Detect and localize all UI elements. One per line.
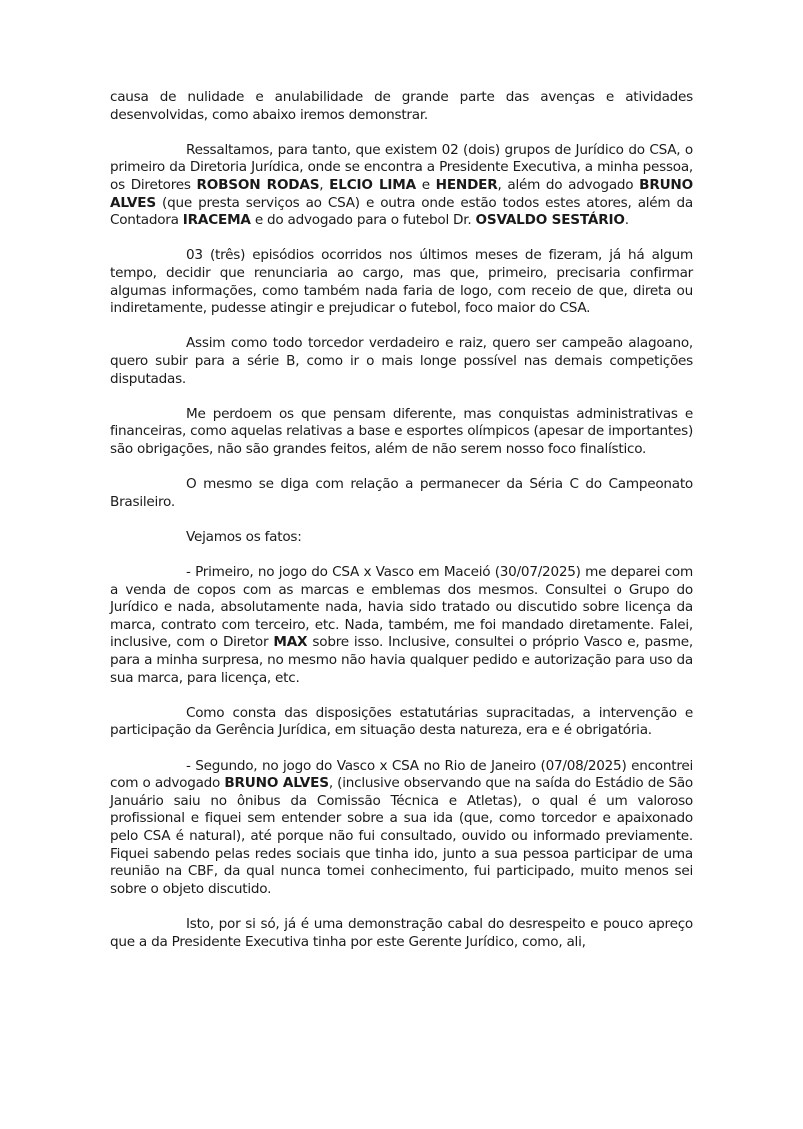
paragraph-3: 03 (três) episódios ocorridos nos último… bbox=[110, 247, 693, 317]
paragraph-9: Como consta das disposições estatutárias… bbox=[110, 705, 693, 740]
paragraph-8: - Primeiro, no jogo do CSA x Vasco em Ma… bbox=[110, 564, 693, 687]
text-run: , além do advogado bbox=[498, 177, 640, 193]
text-run: 03 (três) episódios ocorridos nos último… bbox=[110, 247, 693, 316]
text-run: Isto, por si só, já é uma demonstração c… bbox=[110, 916, 693, 950]
text-run: . bbox=[625, 212, 629, 228]
paragraph-10: - Segundo, no jogo do Vasco x CSA no Rio… bbox=[110, 758, 693, 899]
bold-name: OSVALDO SESTÁRIO bbox=[476, 212, 625, 228]
text-run: , (inclusive observando que na saída do … bbox=[110, 775, 693, 897]
bold-name: MAX bbox=[273, 634, 307, 650]
text-run: Assim como todo torcedor verdadeiro e ra… bbox=[110, 335, 693, 386]
text-run: Me perdoem os que pensam diferente, mas … bbox=[110, 406, 693, 457]
bold-name: ELCIO LIMA bbox=[329, 177, 416, 193]
bold-name: BRUNO ALVES bbox=[224, 775, 328, 791]
paragraph-6: O mesmo se diga com relação a permanecer… bbox=[110, 476, 693, 511]
paragraph-5: Me perdoem os que pensam diferente, mas … bbox=[110, 406, 693, 459]
paragraph-11: Isto, por si só, já é uma demonstração c… bbox=[110, 916, 693, 951]
text-run: causa de nulidade e anulabilidade de gra… bbox=[110, 89, 693, 123]
paragraph-2: Ressaltamos, para tanto, que existem 02 … bbox=[110, 142, 693, 230]
paragraph-4: Assim como todo torcedor verdadeiro e ra… bbox=[110, 335, 693, 388]
paragraph-7: Vejamos os fatos: bbox=[110, 529, 693, 547]
text-run: e do advogado para o futebol Dr. bbox=[251, 212, 476, 228]
bold-name: ROBSON RODAS bbox=[197, 177, 320, 193]
text-run: O mesmo se diga com relação a permanecer… bbox=[110, 476, 693, 510]
bold-name: IRACEMA bbox=[183, 212, 251, 228]
text-run: Vejamos os fatos: bbox=[186, 529, 302, 545]
text-run: Como consta das disposições estatutárias… bbox=[110, 705, 693, 739]
text-run: , bbox=[319, 177, 329, 193]
bold-name: HENDER bbox=[436, 177, 498, 193]
text-run: e bbox=[416, 177, 436, 193]
document-page: causa de nulidade e anulabilidade de gra… bbox=[110, 89, 693, 969]
paragraph-1: causa de nulidade e anulabilidade de gra… bbox=[110, 89, 693, 124]
